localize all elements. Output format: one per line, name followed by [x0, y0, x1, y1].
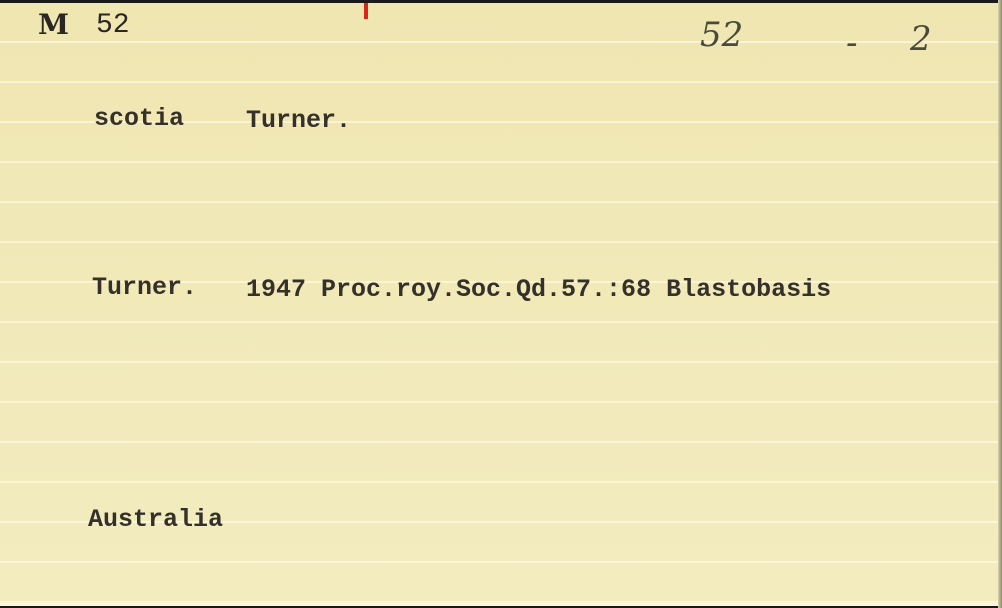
stamp-number: 52	[96, 10, 130, 41]
handwritten-dash: -	[846, 23, 858, 63]
stamp-letter: M	[38, 8, 67, 41]
red-tab-mark	[364, 3, 368, 19]
index-card: M 52 52 - 2 scotia Turner. Turner. 1947 …	[0, 3, 998, 606]
reference-author: Turner.	[92, 273, 197, 302]
handwritten-number-right: 2	[910, 19, 932, 59]
locality: Australia	[88, 505, 223, 534]
card-bottom-edge	[0, 602, 1002, 606]
species-author: Turner.	[246, 106, 351, 135]
species-name: scotia	[94, 104, 184, 133]
reference-citation: 1947 Proc.roy.Soc.Qd.57.:68 Blastobasis	[246, 275, 831, 304]
handwritten-number-left: 52	[700, 15, 743, 55]
card-right-edge	[998, 0, 1002, 608]
